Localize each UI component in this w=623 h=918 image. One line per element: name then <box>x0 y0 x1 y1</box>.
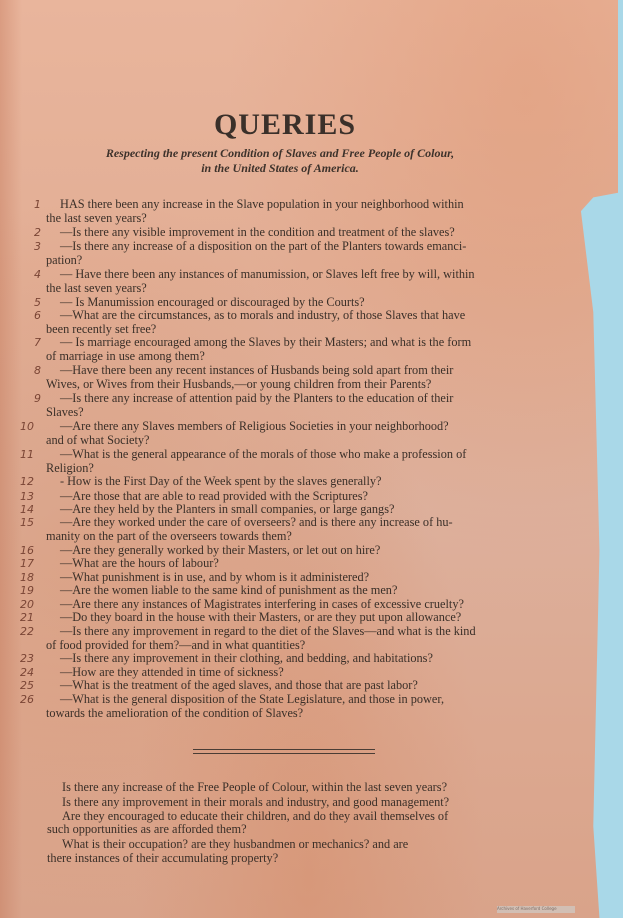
query-number-handwritten: 12 <box>20 475 34 488</box>
query-number-handwritten: 9 <box>34 392 41 405</box>
query-number-handwritten: 17 <box>20 557 34 570</box>
free-people-query-line: What is their occupation? are they husba… <box>62 838 408 851</box>
query-line: —Is there any increase of attention paid… <box>60 392 453 405</box>
query-number-handwritten: 22 <box>20 625 34 638</box>
query-number-handwritten: 4 <box>34 268 41 281</box>
query-line: of food provided for them?—and in what q… <box>46 639 305 652</box>
section-divider <box>193 749 375 754</box>
document-title: QUERIES <box>0 108 570 142</box>
query-number-handwritten: 10 <box>20 420 34 433</box>
query-line: —What is the treatment of the aged slave… <box>60 679 418 692</box>
query-line: —What are the hours of labour? <box>60 557 219 570</box>
free-people-query-line: such opportunities as are afforded them? <box>47 823 247 836</box>
query-line: —What is the general disposition of the … <box>60 693 444 706</box>
query-line: the last seven years? <box>46 282 147 295</box>
query-number-handwritten: 2 <box>34 226 41 239</box>
query-line: Religion? <box>46 462 94 475</box>
query-line: —Is there any increase of a disposition … <box>60 240 466 253</box>
query-line: pation? <box>46 254 82 267</box>
query-number-handwritten: 23 <box>20 652 34 665</box>
document-subtitle-2: in the United States of America. <box>0 161 560 176</box>
query-line: manity on the part of the overseers towa… <box>46 530 292 543</box>
query-number-handwritten: 18 <box>20 571 34 584</box>
query-line: —What is the general appearance of the m… <box>60 448 466 461</box>
free-people-query-line: there instances of their accumulating pr… <box>47 852 278 865</box>
query-line: - How is the First Day of the Week spent… <box>60 475 382 488</box>
free-people-query-line: Is there any increase of the Free People… <box>62 781 447 794</box>
query-line: —Is there any improvement in regard to t… <box>60 625 476 638</box>
query-number-handwritten: 1 <box>34 198 41 211</box>
query-number-handwritten: 20 <box>20 598 34 611</box>
query-line: —Do they board in the house with their M… <box>60 611 461 624</box>
query-number-handwritten: 16 <box>20 544 34 557</box>
query-number-handwritten: 11 <box>20 448 34 461</box>
query-number-handwritten: 24 <box>20 666 34 679</box>
query-number-handwritten: 3 <box>34 240 41 253</box>
query-line: Slaves? <box>46 406 84 419</box>
query-line: — Is marriage encouraged among the Slave… <box>60 336 471 349</box>
query-line: —Have there been any recent instances of… <box>60 364 453 377</box>
query-line: of marriage in use among them? <box>46 350 205 363</box>
query-line: HAS there been any increase in the Slave… <box>60 198 464 211</box>
query-number-handwritten: 21 <box>20 611 34 624</box>
archive-stamp: Archives of Haverford College <box>497 906 575 913</box>
query-line: —Are there any Slaves members of Religio… <box>60 420 449 433</box>
query-number-handwritten: 8 <box>34 364 41 377</box>
query-number-handwritten: 14 <box>20 503 34 516</box>
query-line: —Are the women liable to the same kind o… <box>60 584 397 597</box>
query-line: and of what Society? <box>46 434 149 447</box>
query-number-handwritten: 13 <box>20 490 34 503</box>
query-line: towards the amelioration of the conditio… <box>46 707 303 720</box>
query-number-handwritten: 26 <box>20 693 34 706</box>
query-number-handwritten: 15 <box>20 516 34 529</box>
query-number-handwritten: 19 <box>20 584 34 597</box>
query-number-handwritten: 7 <box>34 336 41 349</box>
query-line: —Is there any visible improvement in the… <box>60 226 455 239</box>
query-number-handwritten: 6 <box>34 309 41 322</box>
query-line: — Have there been any instances of manum… <box>60 268 475 281</box>
query-number-handwritten: 5 <box>34 296 41 309</box>
query-line: —Is there any improvement in their cloth… <box>60 652 433 665</box>
query-line: Wives, or Wives from their Husbands,—or … <box>46 378 431 391</box>
document-subtitle: Respecting the present Condition of Slav… <box>0 146 560 161</box>
query-line: been recently set free? <box>46 323 156 336</box>
free-people-query-line: Is there any improvement in their morals… <box>62 796 449 809</box>
query-line: the last seven years? <box>46 212 147 225</box>
paper-sheet: QUERIES Respecting the present Condition… <box>0 0 618 918</box>
query-number-handwritten: 25 <box>20 679 34 692</box>
query-line: —What are the circumstances, as to moral… <box>60 309 465 322</box>
query-line: —Are they worked under the care of overs… <box>60 516 453 529</box>
